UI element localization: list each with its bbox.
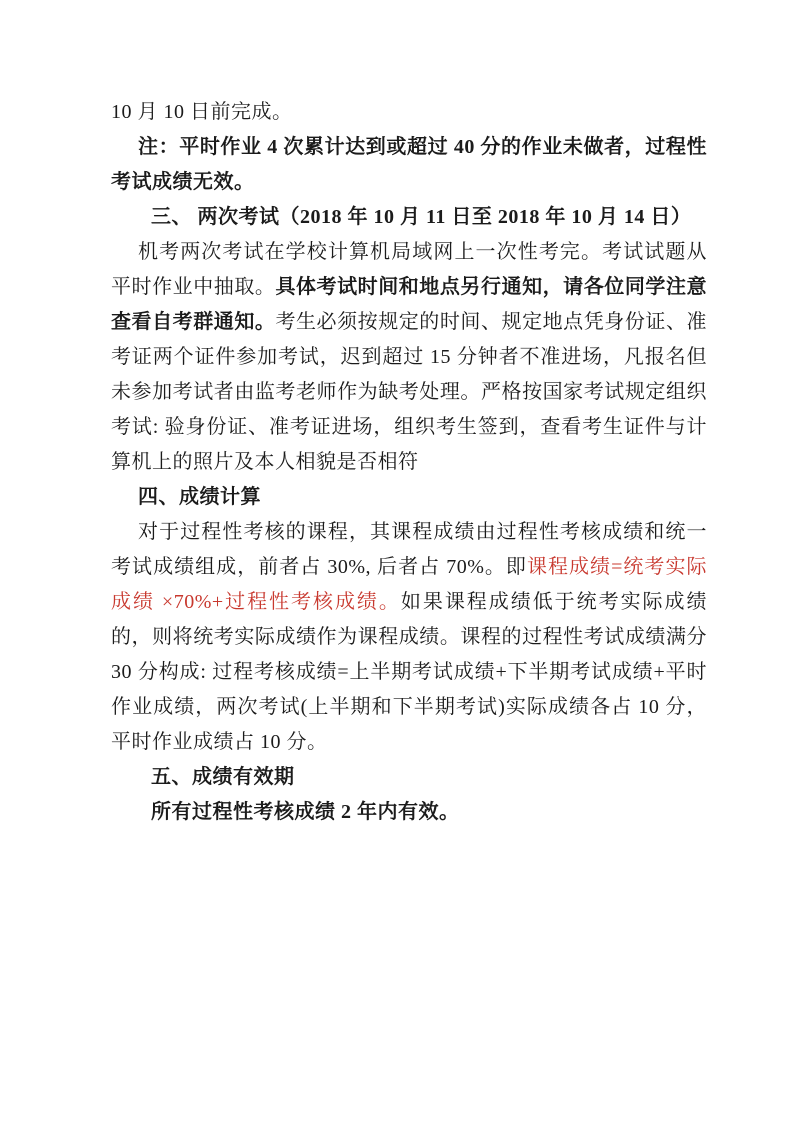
document-body: 10 月 10 日前完成。注：平时作业 4 次累计达到或超过 40 分的作业未做…	[111, 95, 707, 830]
text-run-normal: 考生必须按规定的时间、规定地点凭身份证、准考证两个证件参加考试，迟到超过 15 …	[111, 311, 707, 473]
paragraph: 注：平时作业 4 次累计达到或超过 40 分的作业未做者，过程性考试成绩无效。	[111, 130, 707, 200]
text-run-bold: 注：平时作业 4 次累计达到或超过 40 分的作业未做者，过程性考试成绩无效。	[111, 136, 707, 193]
paragraph: 机考两次考试在学校计算机局域网上一次性考完。考试试题从平时作业中抽取。具体考试时…	[111, 235, 707, 480]
paragraph: 四、成绩计算	[111, 480, 707, 515]
paragraph: 对于过程性考核的课程，其课程成绩由过程性考核成绩和统一考试成绩组成，前者占 30…	[111, 515, 707, 760]
text-run-normal: 10 月 10 日前完成。	[111, 101, 293, 123]
text-run-bold: 五、成绩有效期	[151, 766, 295, 788]
text-run-normal: 如果课程成绩低于统考实际成绩的，则将统考实际成绩作为课程成绩。课程的过程性考试成…	[111, 591, 707, 753]
document-page: 10 月 10 日前完成。注：平时作业 4 次累计达到或超过 40 分的作业未做…	[0, 0, 793, 1122]
paragraph: 三、 两次考试（2018 年 10 月 11 日至 2018 年 10 月 14…	[111, 200, 707, 235]
paragraph: 五、成绩有效期	[111, 760, 707, 795]
text-run-bold: 三、 两次考试（2018 年 10 月 11 日至 2018 年 10 月 14…	[151, 206, 691, 228]
text-run-bold: 四、成绩计算	[138, 486, 261, 508]
paragraph: 所有过程性考核成绩 2 年内有效。	[111, 795, 707, 830]
paragraph: 10 月 10 日前完成。	[111, 95, 707, 130]
text-run-bold: 所有过程性考核成绩 2 年内有效。	[151, 801, 460, 823]
